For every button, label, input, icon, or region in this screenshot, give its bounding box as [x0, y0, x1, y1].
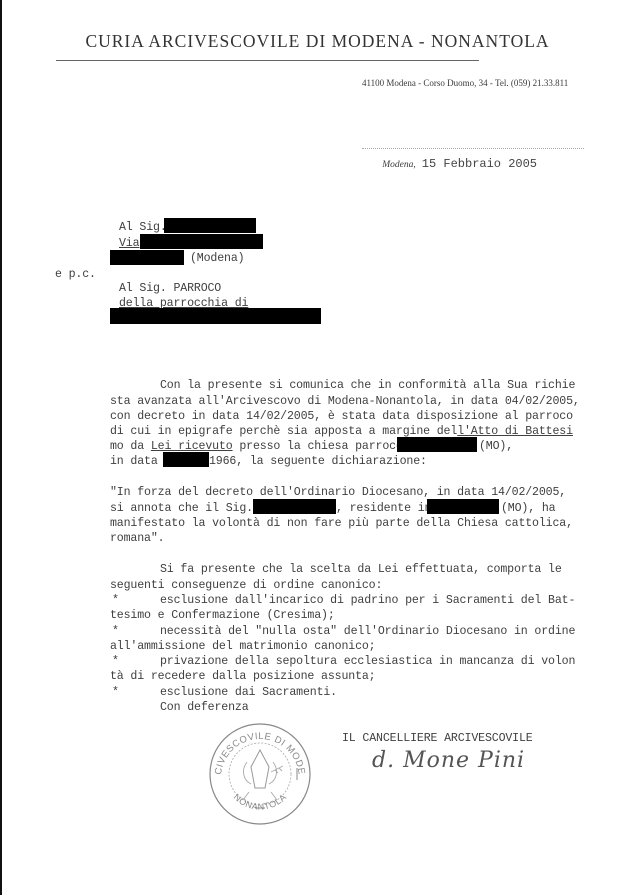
dateline-date: 15 Febbraio 2005	[422, 157, 537, 171]
consequence-4-line1: esclusione dai Sacramenti.	[160, 686, 337, 699]
body-p1-line1: Con la presente si comunica che in confo…	[160, 379, 575, 392]
quote-line2c: (MO), ha	[501, 502, 555, 515]
body-p2-line2: seguenti conseguenze di ordine canonico:	[110, 579, 382, 592]
consequence-4-bullet: *	[112, 686, 119, 699]
quote-line3: manifestato la volontà di non fare più p…	[110, 517, 573, 530]
consequence-2-line2: all'ammissione del matrimonio canonico;	[110, 640, 376, 653]
letterhead-title: CURIA ARCIVESCOVILE DI MODENA - NONANTOL…	[0, 31, 635, 52]
signatory-title: IL CANCELLIERE ARCIVESCOVILE	[342, 732, 533, 745]
body-p2-line1: Si fa presente che la scelta da Lei effe…	[160, 563, 562, 576]
body-p1-line6b: 1966, la seguente dichiarazione:	[209, 455, 427, 468]
consequence-2-bullet: *	[112, 625, 119, 638]
svg-text:NONANTOLA: NONANTOLA	[232, 792, 289, 812]
dateline-place: Modena,	[382, 160, 416, 170]
curia-stamp-seal-icon: ARCIVESCOVILE DI MODENA NONANTOLA	[207, 722, 313, 826]
redacted-subject-name	[253, 499, 336, 514]
dateline: Modena,15 Febbraio 2005	[363, 133, 537, 171]
scan-border	[0, 0, 2, 895]
letterhead-address: 41100 Modena - Corso Duomo, 34 - Tel. (0…	[362, 78, 568, 88]
body-p1-line6a: in data	[110, 455, 158, 468]
dateline-dotted-line	[362, 148, 584, 149]
body-p1-line3: con decreto in data 14/02/2005, è stata …	[110, 410, 573, 423]
redacted-parish-name	[110, 308, 321, 324]
consequence-3-line2: tà di recedere dalla posizione assunta;	[110, 670, 376, 683]
quote-line4: romana".	[110, 532, 164, 545]
consequence-2-line1: necessità del "nulla osta" dell'Ordinari…	[160, 625, 575, 638]
body-p1-line2: sta avanzata all'Arcivescovo di Modena-N…	[110, 395, 580, 408]
consequence-1-bullet: *	[112, 594, 119, 607]
redacted-baptism-date	[163, 452, 209, 467]
svg-text:ARCIVESCOVILE DI MODENA: ARCIVESCOVILE DI MODENA	[207, 722, 307, 775]
cc-label: e p.c.	[55, 268, 96, 281]
handwritten-signature: d. Mone Pini	[372, 748, 525, 773]
quote-line2b: , residente in	[336, 502, 431, 515]
redacted-baptism-parish	[397, 437, 477, 452]
body-p1-province: (MO),	[479, 440, 513, 453]
letterhead-rule	[56, 60, 479, 61]
cc-recipient-line1: Al Sig. PARROCO	[119, 282, 221, 295]
redacted-recipient-town	[110, 250, 184, 265]
consequence-3-bullet: *	[112, 655, 119, 668]
redacted-recipient-name	[164, 218, 256, 233]
redacted-subject-residence	[427, 499, 499, 514]
body-p1-line4: di cui in epigrafe perchè sia apposta a …	[110, 425, 573, 438]
consequence-1-line2: tesimo e Confermazione (Cresima);	[110, 609, 335, 622]
recipient-province: (Modena)	[190, 252, 244, 265]
recipient-salutation: Al Sig.	[119, 221, 167, 234]
quote-line2a: si annota che il Sig.	[110, 502, 253, 515]
closing: Con deferenza	[160, 701, 249, 714]
consequence-1-line1: esclusione dall'incarico di padrino per …	[160, 594, 575, 607]
recipient-street-prefix: Via	[119, 237, 139, 250]
consequence-3-line1: privazione della sepoltura ecclesiastica…	[160, 655, 575, 668]
redacted-recipient-street	[140, 234, 263, 249]
quote-line1: "In forza del decreto dell'Ordinario Dio…	[110, 486, 566, 499]
